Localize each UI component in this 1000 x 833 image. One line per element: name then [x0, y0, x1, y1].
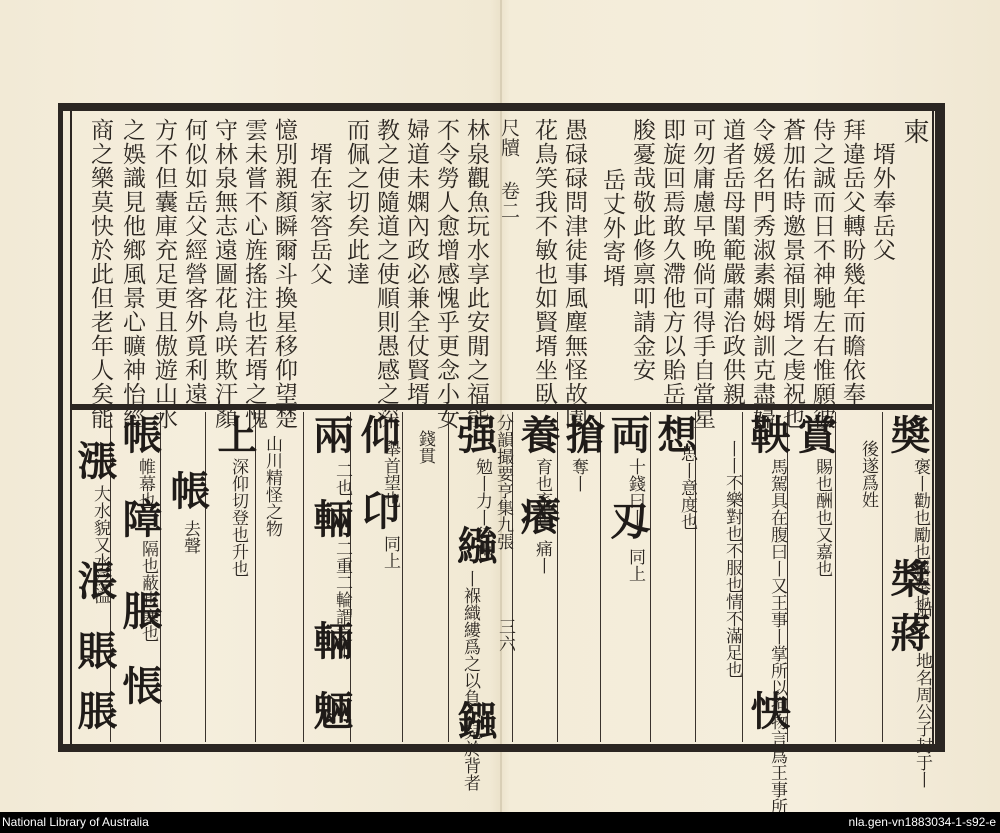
- entry-gloss: 丨丨不樂對也不服也情不滿足也: [722, 440, 741, 560]
- entry-gloss: 帷幕也: [135, 458, 154, 498]
- entry-headword: 悵: [117, 665, 161, 705]
- entry-gloss: 錢貫: [415, 430, 434, 464]
- column-rule: [448, 412, 449, 742]
- entry-gloss: 後遂爲姓: [858, 440, 877, 508]
- text-column: 即旋回焉敢久滯他方以貽岳: [658, 118, 686, 406]
- text-column: 脧憂哉敬此修禀叩請金安: [628, 118, 656, 382]
- entry-gloss: 去聲: [180, 520, 199, 554]
- entry-headword: 帳: [117, 414, 161, 454]
- text-column: 不令勞人愈增感愧乎更念小女: [432, 118, 460, 430]
- text-column: 守林泉無志遠圖花鳥咲欺汗顏: [210, 118, 238, 430]
- entry-headword: 脹: [117, 590, 161, 630]
- text-column: 柬: [900, 118, 928, 145]
- entry-headword: 强: [452, 414, 496, 454]
- entry-headword: 槳: [885, 558, 929, 598]
- entry-headword: 繈: [452, 525, 496, 565]
- text-column: 憶別親顏瞬爾斗換星移仰望楚: [270, 118, 298, 430]
- column-rule: [205, 412, 206, 742]
- column-rule: [835, 412, 836, 742]
- text-column: 婦道未嫻內政必兼全仗賢壻: [402, 118, 430, 406]
- image-identifier: nla.gen-vn1883034-1-s92-e: [849, 812, 996, 833]
- entry-headword: 刄: [605, 500, 649, 540]
- text-column: 何似如岳父經營客外覓利遠: [180, 118, 208, 406]
- column-rule: [882, 412, 883, 742]
- text-column: 雲未嘗不心旌搖注也若壻之愧: [240, 118, 268, 430]
- entry-headword: 輛: [308, 498, 352, 538]
- letter-title: 壻外奉岳父: [868, 118, 896, 262]
- entry-headword: 脹: [72, 690, 116, 730]
- footer-bar: National Library of Australia nla.gen-vn…: [0, 812, 1000, 833]
- letter-title: 岳丈外寄壻: [598, 118, 626, 288]
- entry-headword: 障: [117, 498, 161, 538]
- entry-gloss: 馬駕具在腹曰丨又王事丨掌所以拘物言爲王事所拘也: [767, 458, 786, 688]
- entry-gloss: 地名周公子封于丨: [912, 652, 931, 742]
- column-rule: [557, 412, 558, 742]
- entry-headword: 鞅: [745, 414, 789, 454]
- text-column: 之娛識見他鄉風景心曠神怡經: [118, 118, 146, 430]
- text-column: 可勿庸慮早晚倘可得手自當星: [688, 118, 716, 430]
- entry-gloss: 二重二輪謂之丨: [332, 540, 351, 620]
- entry-gloss: 二也: [332, 462, 351, 496]
- text-column: 令媛名門秀淑素嫻姆訓克盡婦: [748, 118, 776, 430]
- entry-gloss: 育也畜也: [532, 458, 551, 498]
- column-rule: [402, 412, 403, 742]
- entry-headword: 上: [212, 414, 256, 454]
- fold-label-page-number: 三六: [495, 618, 514, 652]
- text-column: 蒼加佑時邀景福則壻之虔祝也: [778, 118, 806, 430]
- column-rule: [650, 412, 651, 742]
- entry-headword: 搶: [560, 414, 604, 454]
- fold-label-volume: 尺牘 卷二: [497, 118, 521, 221]
- column-rule: [255, 412, 256, 742]
- entry-headword: 賞: [792, 414, 836, 454]
- entry-gloss: 奪丨: [568, 458, 587, 492]
- letter-title: 壻在家答岳父: [305, 118, 333, 286]
- entry-gloss: 舉首望也: [380, 440, 399, 480]
- entry-headword: 奬: [885, 414, 929, 454]
- library-credit: National Library of Australia: [2, 812, 149, 833]
- entry-gloss: 褒丨勸也勵也稱舉也: [910, 458, 929, 568]
- text-column: 拜違岳父轉盼幾年而瞻依奉: [838, 118, 866, 406]
- entry-gloss: 深仰切登也升也: [228, 458, 247, 538]
- entry-headword: 蔣: [885, 612, 929, 652]
- text-column: 侍之誠而日不神馳左右惟願彼: [808, 118, 836, 430]
- entry-gloss: 同上: [625, 548, 644, 582]
- text-column: 道者岳母閨範嚴肅治政供親: [718, 118, 746, 406]
- column-rule: [303, 412, 304, 742]
- text-column: 方不但囊庫充足更且傲遊山水: [150, 118, 178, 430]
- text-column: 林泉觀魚玩水享此安閒之福能: [462, 118, 490, 430]
- entry-gloss: 丨褓織縷爲之以負小兒於背者: [460, 570, 479, 700]
- entry-headword: 涱: [72, 560, 116, 600]
- entry-gloss: 思丨意度也: [677, 445, 696, 530]
- entry-gloss: 痛丨: [532, 540, 551, 574]
- entry-gloss: 同上: [380, 535, 399, 569]
- text-column: 愚碌碌問津徒事風塵無怪故園: [560, 118, 588, 430]
- text-column: 商之樂莫快於此但老年人矣能: [86, 118, 114, 430]
- entry-headword: 怏: [745, 690, 789, 730]
- entry-headword: 鏹: [452, 700, 496, 740]
- entry-headword: 兩: [308, 414, 352, 454]
- column-rule: [742, 412, 743, 742]
- text-column: 教之使隨道之使順則愚感之深: [372, 118, 400, 430]
- entry-headword: 帳: [165, 470, 209, 510]
- text-column: 花鳥笑我不敏也如賢壻坐臥: [530, 118, 558, 406]
- column-rule: [600, 412, 601, 742]
- entry-headword: 卬: [355, 490, 399, 530]
- entry-headword: 養: [515, 414, 559, 454]
- entry-headword: 漲: [72, 440, 116, 480]
- entry-headword: 両: [605, 414, 649, 454]
- entry-gloss: 山川精怪之物: [262, 435, 281, 535]
- entry-headword: 輛: [308, 620, 352, 660]
- text-column: 而佩之切矣此達: [342, 118, 370, 286]
- entry-headword: 賬: [72, 630, 116, 670]
- frame-inner-line-right: [932, 111, 934, 744]
- entry-gloss: 賜也酬也又嘉也: [812, 458, 831, 538]
- entry-headword: 癢: [515, 495, 559, 535]
- entry-headword: 魎: [308, 690, 352, 730]
